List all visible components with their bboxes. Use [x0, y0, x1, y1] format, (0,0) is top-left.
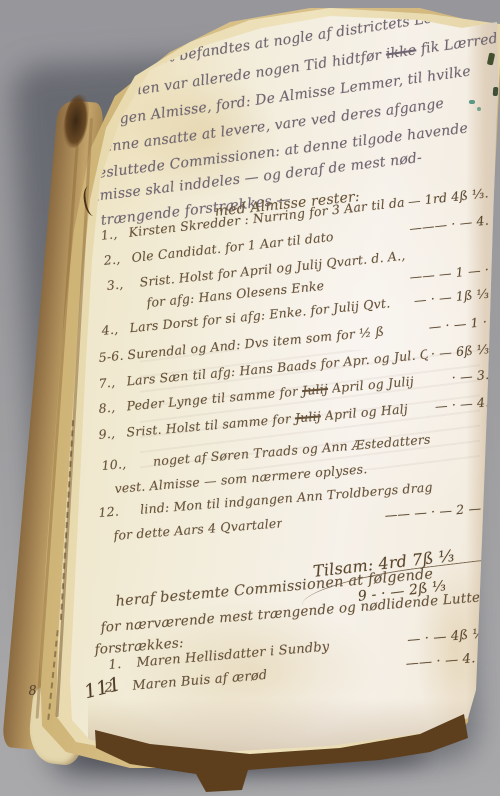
binding-stitch	[493, 87, 499, 96]
entry-number: 10.,	[101, 456, 127, 473]
entry-number: 1.	[108, 656, 133, 673]
binding-stitch-teal	[477, 107, 481, 111]
entry-number: 5-6.	[98, 348, 124, 365]
entry-text: for dette Aars 4 Qvartaler	[113, 515, 283, 543]
binding-stitch-teal	[469, 100, 475, 104]
entry-number: 12.	[98, 503, 123, 520]
margin-number: 8	[28, 683, 38, 699]
entry-number: 3.,	[106, 276, 131, 293]
entry-number: 1.,	[100, 225, 126, 243]
entry-number: 2.,	[103, 250, 128, 267]
manuscript-photo: 8 Da det befandtes at nogle af districte…	[0, 0, 500, 796]
entry-number: 8.,	[98, 399, 123, 416]
entry-number: 4.,	[101, 321, 126, 338]
entry-number: 7.,	[98, 374, 123, 391]
entry-number	[119, 308, 143, 310]
strikethrough-text: Julij	[294, 408, 321, 425]
strikethrough-text: ikke	[385, 42, 418, 62]
entry-number: 9.,	[98, 425, 123, 442]
strikethrough-text: Julij	[301, 381, 328, 398]
